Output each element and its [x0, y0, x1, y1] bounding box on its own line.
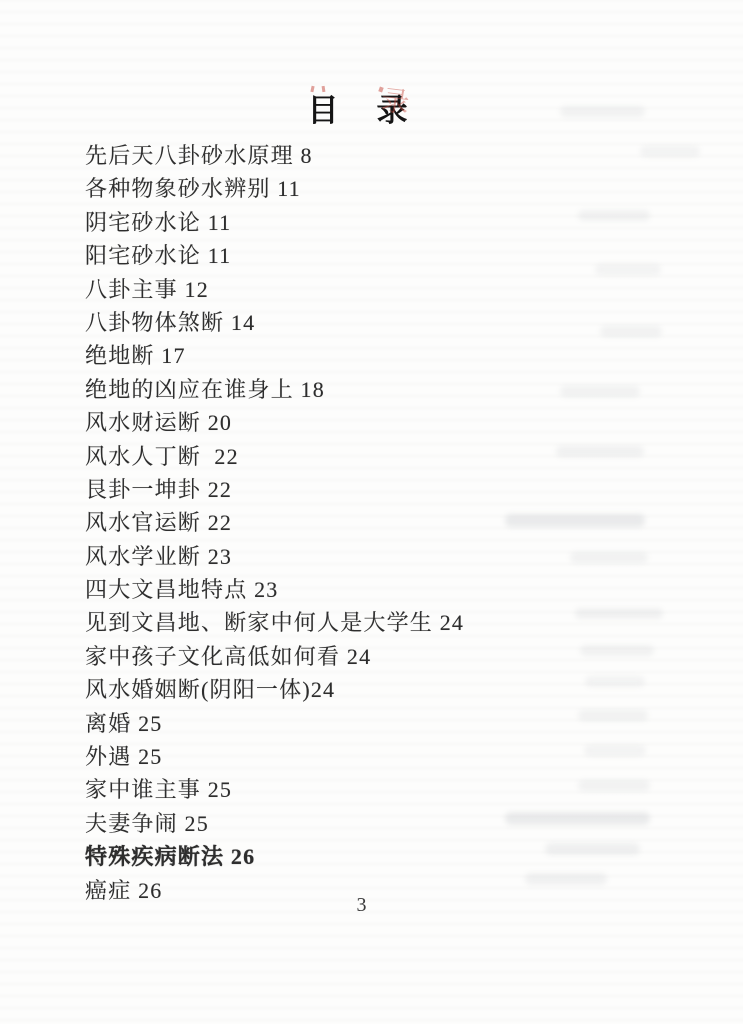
toc-entry: 各种物象砂水辨别 11 — [85, 172, 645, 205]
red-annotation-mark — [321, 86, 325, 92]
page-number: 3 — [0, 894, 733, 917]
toc-entry: 特殊疾病断法 26 — [85, 840, 645, 873]
red-annotation-mark — [310, 86, 314, 92]
toc-entry: 四大文昌地特点 23 — [85, 573, 645, 606]
toc-entry: 离婚 25 — [85, 707, 645, 740]
toc-entry: 风水财运断 20 — [85, 406, 645, 439]
toc-entry: 阳宅砂水论 11 — [85, 239, 645, 272]
scanned-page: 目 录 录 先后天八卦砂水原理 8各种物象砂水辨别 11阴宅砂水论 11阳宅砂水… — [0, 0, 743, 1024]
toc-entry: 先后天八卦砂水原理 8 — [85, 139, 645, 172]
red-annotation-mark — [378, 86, 383, 92]
toc-entry: 艮卦一坤卦 22 — [85, 473, 645, 506]
toc-entry: 家中孩子文化高低如何看 24 — [85, 640, 645, 673]
toc-entry: 家中谁主事 25 — [85, 773, 645, 806]
toc-entry: 阴宅砂水论 11 — [85, 206, 645, 239]
toc-entry: 风水婚姻断(阴阳一体)24 — [85, 673, 645, 706]
toc-entry: 风水学业断 23 — [85, 540, 645, 573]
page-title: 目 录 录 — [0, 95, 729, 126]
toc-entry: 八卦主事 12 — [85, 273, 645, 306]
toc-entry: 夫妻争闹 25 — [85, 807, 645, 840]
bleedthrough-mark — [640, 146, 700, 157]
toc-entry: 风水人丁断 22 — [85, 440, 645, 473]
toc-entry: 见到文昌地、断家中何人是大学生 24 — [85, 606, 645, 639]
toc-list: 先后天八卦砂水原理 8各种物象砂水辨别 11阴宅砂水论 11阳宅砂水论 11八卦… — [85, 139, 645, 907]
title-char-mu: 目 — [308, 95, 339, 126]
toc-entry: 外遇 25 — [85, 740, 645, 773]
toc-entry: 风水官运断 22 — [85, 506, 645, 539]
toc-entry: 绝地断 17 — [85, 339, 645, 372]
toc-entry: 绝地的凶应在谁身上 18 — [85, 373, 645, 406]
title-char-lu: 录 录 — [377, 95, 408, 126]
toc-entry: 八卦物体煞断 14 — [85, 306, 645, 339]
